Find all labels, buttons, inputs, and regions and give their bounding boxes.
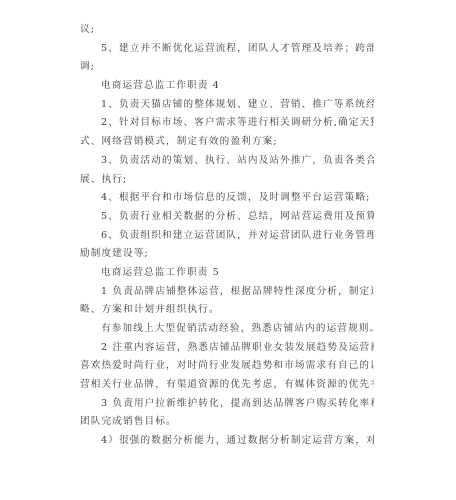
text-line: 2、针对目标市场、客户需求等进行相关调研分析,确定天猫平台商业运营模 — [80, 114, 374, 133]
text-line: 1 负责品牌店铺整体运营，根据品牌特性深度分析，制定适合品牌的运营策 — [80, 283, 374, 302]
text-line: 喜欢热爱时尚行业，对时尚行业发展趋势和市场需求有自己的认识，如之前有运 — [80, 357, 374, 376]
text-line: 5、建立并不断优化运营流程，团队人才管理及培养；跨部门之间的沟通与协 — [80, 40, 374, 59]
text-line: 团队完成销售目标。 — [80, 413, 374, 432]
text-line: 3 负责用户拉新维护转化，提高到达品牌客户购买转化率和订单金额，带领 — [80, 395, 374, 414]
text-line: 3、负责活动的策划、执行、站内及站外推广，负责各类合作资源的规划、拓 — [80, 152, 374, 171]
text-line: 4）很强的数据分析能力，通过数据分析制定运营方案，对品牌营业额、售罄 — [80, 432, 374, 451]
text-line: 略、方案和计划并组织执行。 — [80, 301, 374, 320]
text-line: 4、根据平台和市场信息的反馈，及时调整平台运营策略; — [80, 189, 374, 208]
section-heading: 电商运营总监工作职责 4 — [80, 77, 374, 96]
text-line: 展、执行; — [80, 171, 374, 190]
text-line: 1、负责天猫店铺的整体规划、建立、营销、推广等系统经营性工作; — [80, 96, 374, 115]
document-page: 议; 5、建立并不断优化运营流程，团队人才管理及培养；跨部门之间的沟通与协 调;… — [80, 21, 374, 451]
text-line: 励制度建设等; — [80, 245, 374, 264]
text-line: 5、负责行业相关数据的分析、总结，网站营运费用及预算管理，执行; — [80, 208, 374, 227]
text-line: 议; — [80, 21, 374, 40]
text-line: 式、网络营销模式，制定有效的盈利方案; — [80, 133, 374, 152]
text-line: 2 注重内容运营，熟悉店铺品牌职业女装发展趋势及运营新的方向和方法。 — [80, 339, 374, 358]
text-line: 有参加线上大型促销活动经验，熟悉店铺站内的运营规则。 — [80, 320, 374, 339]
section-heading: 电商运营总监工作职责 5 — [80, 264, 374, 283]
text-line: 营相关行业品牌，有渠道资源的优先考虑，有媒体资源的优先考虑。 — [80, 376, 374, 395]
text-line: 6、负责组织和建立运营团队，并对运营团队进行业务管理、培训、考核、激 — [80, 227, 374, 246]
text-line: 调; — [80, 58, 374, 77]
